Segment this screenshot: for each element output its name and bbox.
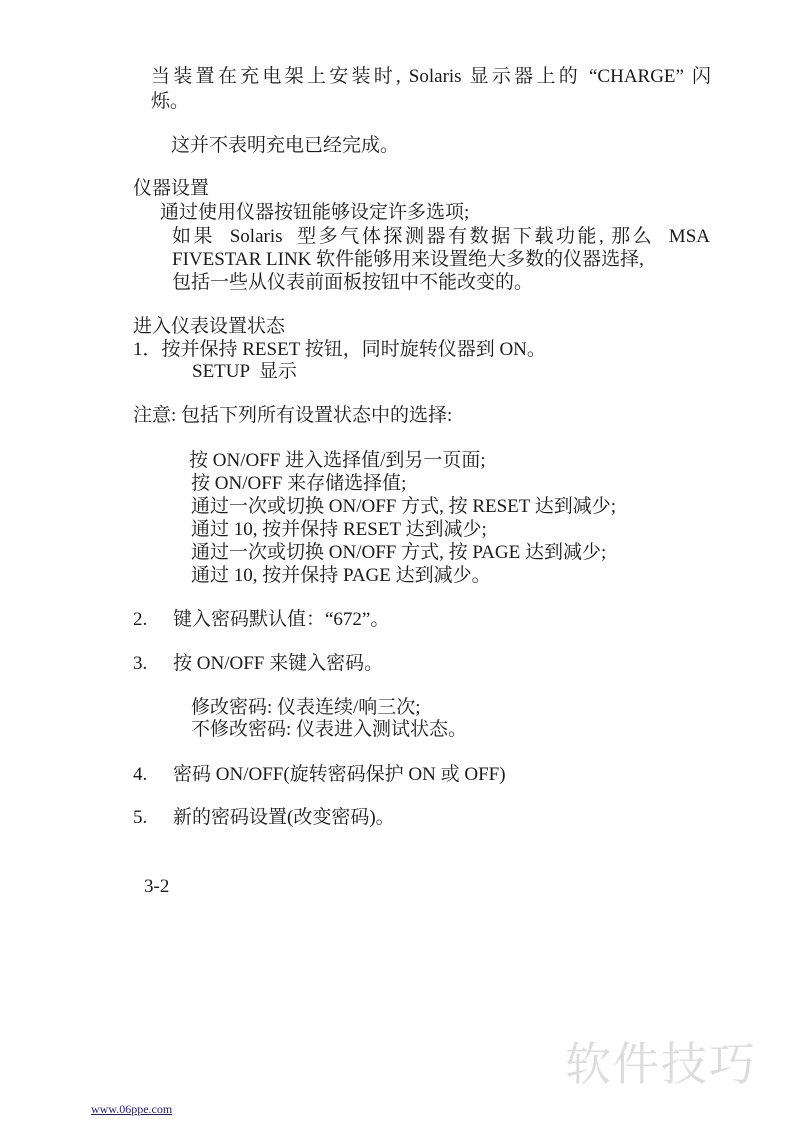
note-item: 按 ON/OFF 来存储选择值; [191, 473, 406, 495]
note-item: 通过 10, 按并保持 PAGE 达到减少。 [191, 565, 491, 587]
note-item: 通过一次或切换 ON/OFF 方式, 按 RESET 达到减少; [191, 496, 616, 518]
section-heading-enter-setup: 进入仪表设置状态 [133, 316, 285, 338]
step-3-sub: 修改密码: 仪表连续/响三次; [191, 697, 421, 719]
paragraph-charge-line1: 当装置在充电架上安装时, Solaris 显示器上的 “CHARGE” 闪 [151, 66, 711, 88]
step-5: 新的密码设置(改变密码)。 [173, 807, 395, 829]
paragraph-not-complete: 这并不表明充电已经完成。 [171, 135, 399, 157]
instrument-setup-line: 包括一些从仪表前面板按钮中不能改变的。 [172, 272, 533, 294]
step-3: 按 ON/OFF 来键入密码。 [173, 653, 383, 675]
step-2: 键入密码默认值：“672”。 [173, 609, 389, 631]
instrument-setup-line: 如果 Solaris 型多气体探测器有数据下载功能, 那么 MSA [172, 226, 710, 248]
watermark: 软件技巧 [565, 1036, 757, 1092]
step-5-number: 5. [133, 807, 147, 829]
step-4-number: 4. [133, 764, 147, 786]
instrument-setup-line: FIVESTAR LINK 软件能够用来设置绝大多数的仪器选择, [172, 249, 644, 271]
note-item: 通过 10, 按并保持 RESET 达到减少; [191, 519, 487, 541]
page-number: 3-2 [144, 876, 169, 898]
step-1-sub: SETUP 显示 [192, 361, 297, 383]
note-item: 按 ON/OFF 进入选择值/到另一页面; [189, 450, 486, 472]
note-item: 通过一次或切换 ON/OFF 方式, 按 PAGE 达到减少; [191, 542, 606, 564]
note: 注意: 包括下列所有设置状态中的选择: [133, 405, 452, 427]
step-3-sub: 不修改密码: 仪表进入测试状态。 [191, 719, 467, 741]
step-1: 1．按并保持 RESET 按钮，同时旋转仪器到 ON。 [133, 339, 546, 361]
paragraph-charge-line2: 烁。 [151, 91, 189, 113]
footer-link[interactable]: www.06ppe.com [91, 1102, 172, 1116]
step-3-number: 3. [133, 653, 147, 675]
section-heading-instrument-setup: 仪器设置 [133, 178, 209, 200]
step-4: 密码 ON/OFF(旋转密码保护 ON 或 OFF) [173, 764, 506, 786]
step-2-number: 2. [133, 609, 147, 631]
instrument-setup-line: 通过使用仪器按钮能够设定许多选项; [160, 202, 469, 224]
